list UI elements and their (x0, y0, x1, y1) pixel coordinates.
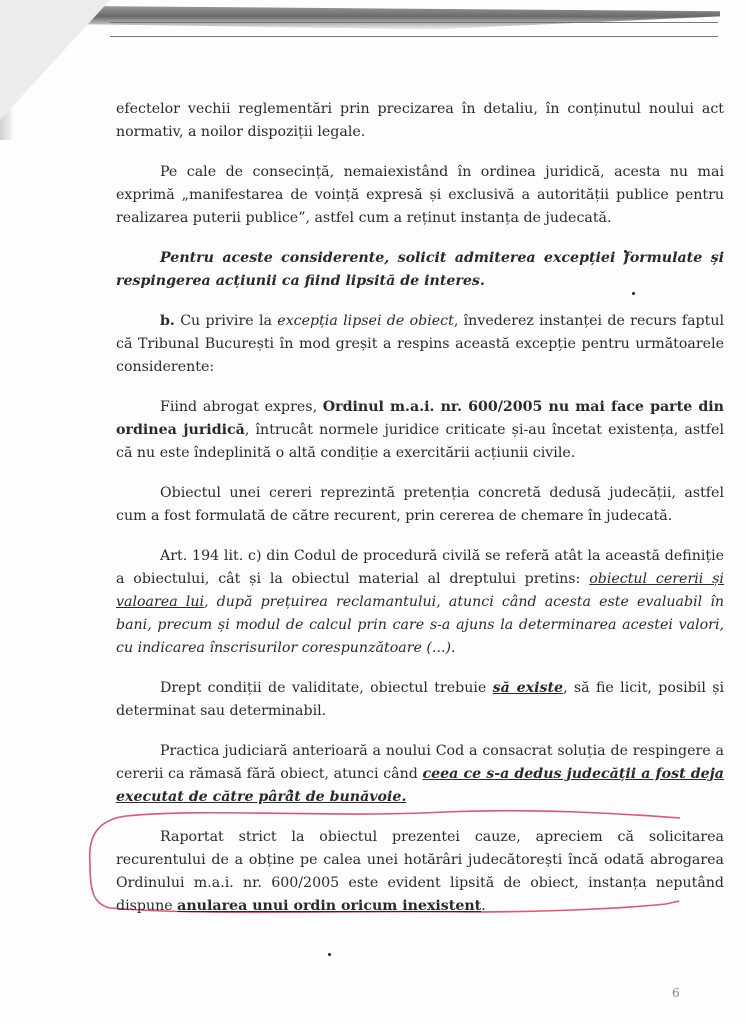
scan-speck (632, 292, 635, 295)
text-run: efectelor vechii reglementări prin preci… (116, 101, 724, 140)
text-run: Fiind abrogat expres, (160, 399, 323, 415)
document-body: efectelor vechii reglementări prin preci… (116, 98, 724, 935)
paragraph: Raportat strict la obiectul prezentei ca… (116, 826, 724, 918)
paragraph: Pentru aceste considerente, solicit admi… (116, 247, 724, 293)
scan-line (110, 36, 718, 37)
text-run: anularea unui ordin oricum inexistent (177, 898, 481, 914)
paragraph: Pe cale de consecință, nemaiexistând în … (116, 161, 724, 230)
scan-top-shadow (80, 6, 720, 32)
text-run: Obiectul unei cereri reprezintă pretenți… (116, 485, 724, 524)
paragraph: Obiectul unei cereri reprezintă pretenți… (116, 482, 724, 528)
paragraph: Practica judiciară anterioară a noului C… (116, 740, 724, 809)
text-run: Drept condiții de validitate, obiectul t… (160, 680, 493, 696)
text-run: Pe cale de consecință, nemaiexistând în … (116, 164, 724, 226)
text-run: Cu privire la (175, 313, 277, 329)
scan-line (110, 22, 718, 23)
paragraph: b. Cu privire la excepția lipsei de obie… (116, 310, 724, 379)
text-run: . (481, 898, 486, 914)
scan-speck (290, 790, 293, 793)
paragraph: Art. 194 lit. c) din Codul de procedură … (116, 545, 724, 660)
paragraph: efectelor vechii reglementări prin preci… (116, 98, 724, 144)
text-run: b. (160, 313, 175, 329)
text-run: excepția lipsei de obiect (277, 313, 454, 329)
paragraph: Fiind abrogat expres, Ordinul m.a.i. nr.… (116, 396, 724, 465)
text-run: Pentru aceste considerente, solicit admi… (116, 250, 724, 289)
page-number: 6 (672, 986, 680, 1000)
folded-page-corner (0, 0, 110, 120)
scan-speck (328, 953, 331, 956)
scan-speck (624, 250, 627, 253)
text-run: , după prețuirea reclamantului, atunci c… (116, 594, 724, 656)
text-run: să existe (493, 680, 563, 696)
paragraph: Drept condiții de validitate, obiectul t… (116, 677, 724, 723)
